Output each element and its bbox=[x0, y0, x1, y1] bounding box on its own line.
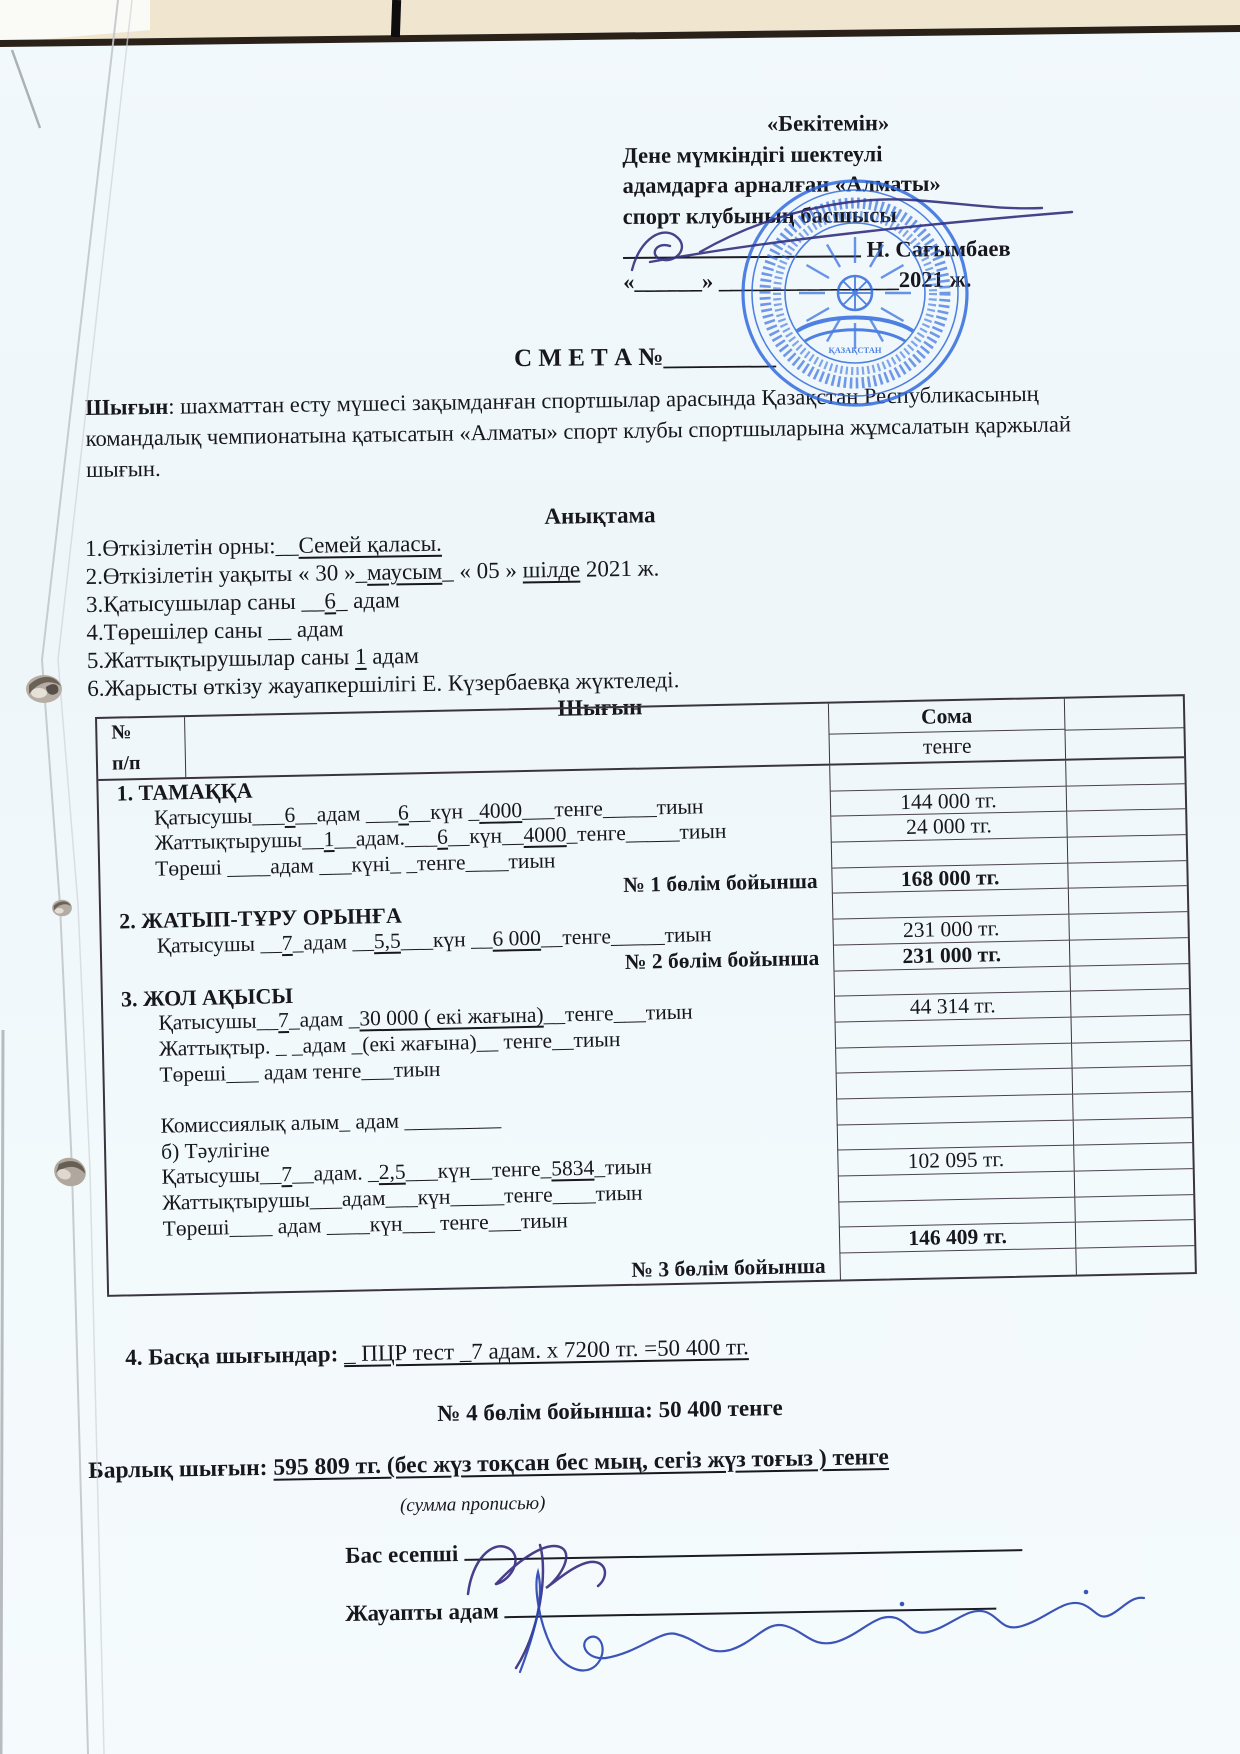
row-extra-cell bbox=[1067, 784, 1186, 812]
row-extra-cell bbox=[1076, 1220, 1195, 1248]
expense-table: № п/п Сома тенге 1. ТАМАҚҚАҚатысушы___6_… bbox=[95, 694, 1197, 1296]
row-extra-cell bbox=[1073, 1092, 1192, 1120]
row-extra-cell bbox=[1074, 1118, 1193, 1146]
scan-top-tab bbox=[391, 0, 401, 37]
approval-signer-name: Н. Сағымбаев bbox=[867, 236, 1011, 262]
row-extra-cell bbox=[1073, 1066, 1192, 1094]
row-extra-cell bbox=[1072, 1015, 1191, 1043]
grand-total-value: 595 809 тг. (бес жүз тоқсан бес мың, сег… bbox=[273, 1444, 889, 1481]
page-corner-line bbox=[12, 50, 40, 128]
reference-list: 1.Өткізілетін орны:__Семей қаласы.2.Өткі… bbox=[85, 526, 680, 703]
approval-sign-row: Н. Сағымбаев bbox=[623, 231, 1035, 267]
header-cell-extra bbox=[1065, 696, 1184, 758]
accountant-signature-line bbox=[464, 1526, 1022, 1561]
row-extra-cell bbox=[1072, 1041, 1191, 1069]
responsible-label: Жауапты адам bbox=[345, 1598, 499, 1626]
approval-date-line: «______» ________________2021 ж. bbox=[623, 264, 1035, 297]
binder-clip-bottom bbox=[50, 1154, 89, 1191]
total-note: (сумма прописью) bbox=[400, 1493, 546, 1518]
row-extra-cell bbox=[1071, 989, 1190, 1017]
row-extra-cell bbox=[1075, 1195, 1194, 1223]
scanned-document-page: «Бекітемін» Дене мүмкіндігі шектеулі ада… bbox=[0, 0, 1240, 1754]
accountant-label: Бас есепші bbox=[345, 1541, 458, 1568]
approval-signature-line bbox=[623, 232, 861, 258]
row-extra-cell bbox=[1069, 912, 1188, 940]
header-cell-description bbox=[185, 704, 829, 777]
grand-total-line: Барлық шығын: 595 809 тг. (бес жүз тоқса… bbox=[88, 1444, 889, 1485]
header-cell-number: № п/п bbox=[97, 717, 186, 779]
approval-block: «Бекітемін» Дене мүмкіндігі шектеулі ада… bbox=[622, 107, 1035, 297]
accountant-signature-row: Бас есепші bbox=[345, 1526, 1022, 1569]
row-extra-cell bbox=[1076, 1246, 1195, 1274]
stamp-emblem-wing-1 bbox=[797, 318, 913, 332]
approval-line-2: адамдарға арналған «Алматы» bbox=[622, 168, 1034, 201]
other-expenses-value: _ ПЦР тест _7 адам. х 7200 тг. =50 400 т… bbox=[344, 1334, 749, 1366]
other-expenses-line: 4. Басқа шығындар: _ ПЦР тест _7 адам. х… bbox=[125, 1334, 749, 1371]
header-no-sub: п/п bbox=[112, 751, 185, 776]
scan-edge-backing bbox=[0, 0, 1240, 40]
stamp-emblem-wing-2 bbox=[805, 330, 905, 341]
row-sum-cell bbox=[839, 1249, 1076, 1280]
approval-line-1: Дене мүмкіндігі шектеулі bbox=[622, 138, 1034, 171]
other-expenses-label: 4. Басқа шығындар: bbox=[125, 1341, 338, 1370]
row-extra-cell bbox=[1074, 1143, 1193, 1171]
scan-edge-line bbox=[0, 25, 1240, 47]
header-cell-sum: Сома тенге bbox=[828, 699, 1066, 764]
approval-title: «Бекітемін» bbox=[622, 107, 1034, 140]
section4-total: № 4 бөлім бойынша: 50 400 тенге bbox=[0, 1387, 1220, 1434]
row-extra-cell bbox=[1066, 758, 1185, 786]
row-extra-cell bbox=[1068, 861, 1187, 889]
left-edge-shadow bbox=[1, 1030, 3, 1754]
row-extra-cell bbox=[1075, 1169, 1194, 1197]
binder-clip-middle bbox=[52, 900, 72, 917]
approval-line-3: спорт клубының басшысы bbox=[623, 199, 1035, 232]
intro-label: Шығын bbox=[85, 394, 168, 420]
header-sum-label: Сома bbox=[829, 699, 1065, 735]
intro-text: : шахматтан есту мүшесі зақымданған спор… bbox=[86, 381, 1072, 482]
row-extra-cell bbox=[1070, 964, 1189, 992]
row-extra-cell bbox=[1069, 887, 1188, 915]
scan-edge-backing-left bbox=[0, 0, 150, 43]
document-title: С М Е Т А №_________ bbox=[25, 339, 1240, 378]
header-no-symbol: № bbox=[111, 720, 184, 745]
grand-total-label: Барлық шығын: bbox=[88, 1455, 268, 1484]
responsible-signature-line bbox=[504, 1585, 996, 1619]
intro-paragraph: Шығын: шахматтан есту мүшесі зақымданған… bbox=[85, 377, 1074, 485]
row-extra-cell bbox=[1067, 810, 1186, 838]
row-extra-cell bbox=[1068, 835, 1187, 863]
responsible-signature-row: Жауапты адам bbox=[345, 1585, 997, 1627]
header-sum-unit: тенге bbox=[830, 730, 1066, 764]
row-extra-cell bbox=[1070, 938, 1189, 966]
expense-table-body: 1. ТАМАҚҚАҚатысушы___6__адам ___6__күн _… bbox=[98, 758, 1195, 1294]
header-extra-divider bbox=[1065, 696, 1184, 730]
binder-clip-top bbox=[26, 675, 62, 703]
